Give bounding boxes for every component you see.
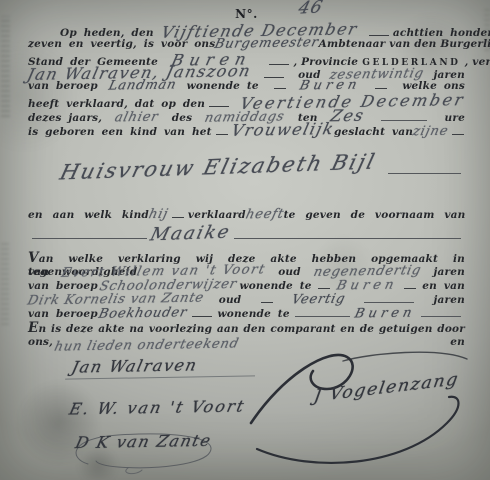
hw-closing-phrase: hun lieden onderteekend <box>53 336 241 354</box>
printed-text: te geven de voornaam van <box>284 209 466 221</box>
printed-text: van beroep <box>28 80 98 92</box>
dash-rule <box>192 308 212 317</box>
dash-rule <box>274 80 286 89</box>
printed-text: wonende te <box>218 308 290 320</box>
printed-text: geslacht van <box>334 126 413 138</box>
signature-witness1: E. W. van 't Voort <box>67 396 247 418</box>
printed-text: is geboren een kind van het <box>28 126 212 138</box>
blank-rule <box>421 307 461 317</box>
dash-rule <box>452 126 464 135</box>
line-16: van beroep Boekhouder wonende te Buren <box>28 306 465 321</box>
blank-rule <box>234 229 461 239</box>
printed-text: wonende te <box>239 280 311 292</box>
hw-pronoun-2: hij <box>147 207 170 222</box>
printed-text: verklaard <box>188 209 246 221</box>
blank-rule <box>388 164 461 174</box>
printed-text: , verschenen <box>465 56 490 68</box>
hw-pronoun: zijne <box>411 124 450 140</box>
birth-certificate-scan: N°. 46 Op heden, den Vijftiende December… <box>0 0 490 480</box>
blank-rule <box>364 293 414 303</box>
printed-text: wonende te <box>187 80 259 92</box>
printed-text: en aan welk kind <box>28 209 149 221</box>
line-13: van Evert Willem van 't Voort oud negene… <box>28 264 465 279</box>
dash-rule <box>375 80 387 89</box>
signature-declarant: Jan Walraven <box>65 354 260 379</box>
margin-bleed-mid-left <box>1 242 9 328</box>
blank-rule <box>32 229 147 239</box>
line-9-mother: Huisvrouw Elizabeth Bijl <box>62 155 465 179</box>
blank-rule <box>295 307 350 317</box>
dash-rule <box>216 126 228 135</box>
printed-text: van beroep <box>28 308 98 320</box>
printed-text: oud <box>219 294 242 306</box>
line-11-child-name: Maaike <box>28 223 465 244</box>
act-number: N°. <box>28 3 465 22</box>
hw-child-gender: Vrouwelijk <box>229 119 336 140</box>
printed-text: van <box>28 266 49 278</box>
margin-bleed-top-left <box>1 16 10 120</box>
hw-verb: heeft <box>244 207 285 223</box>
printed-text: jaren <box>434 266 465 278</box>
dash-rule <box>172 209 184 218</box>
printed-text: jaren <box>434 294 465 306</box>
line-10: en aan welk kind hij verklaard heeft te … <box>28 207 465 222</box>
signature-official-flourish <box>243 345 478 470</box>
printed-text: en van <box>422 280 465 292</box>
dash-rule <box>369 27 389 36</box>
printed-text: van beroep <box>28 280 98 292</box>
printed-text: zeven en veertig, is voor ons <box>28 38 215 50</box>
hw-child-name: Maaike <box>148 222 233 246</box>
dash-rule <box>318 280 330 289</box>
printed-text: oud <box>278 266 301 278</box>
hw-mother-name: Huisvrouw Elizabeth Bijl <box>58 150 379 185</box>
dash-rule <box>264 69 284 78</box>
dash-rule <box>261 294 273 303</box>
line-8: is geboren een kind van het Vrouwelijk g… <box>28 120 465 139</box>
line-14: van beroep Schoolonderwijzer wonende te … <box>28 278 465 293</box>
act-number-label: N°. <box>235 7 258 21</box>
signature-witness2: D K van Zante <box>74 431 214 452</box>
dash-rule <box>404 280 416 289</box>
printed-text: Ambtenaar van den Burgerlijken <box>319 38 490 50</box>
line-15: Dirk Kornelis van Zante oud Veertig jare… <box>28 292 465 307</box>
